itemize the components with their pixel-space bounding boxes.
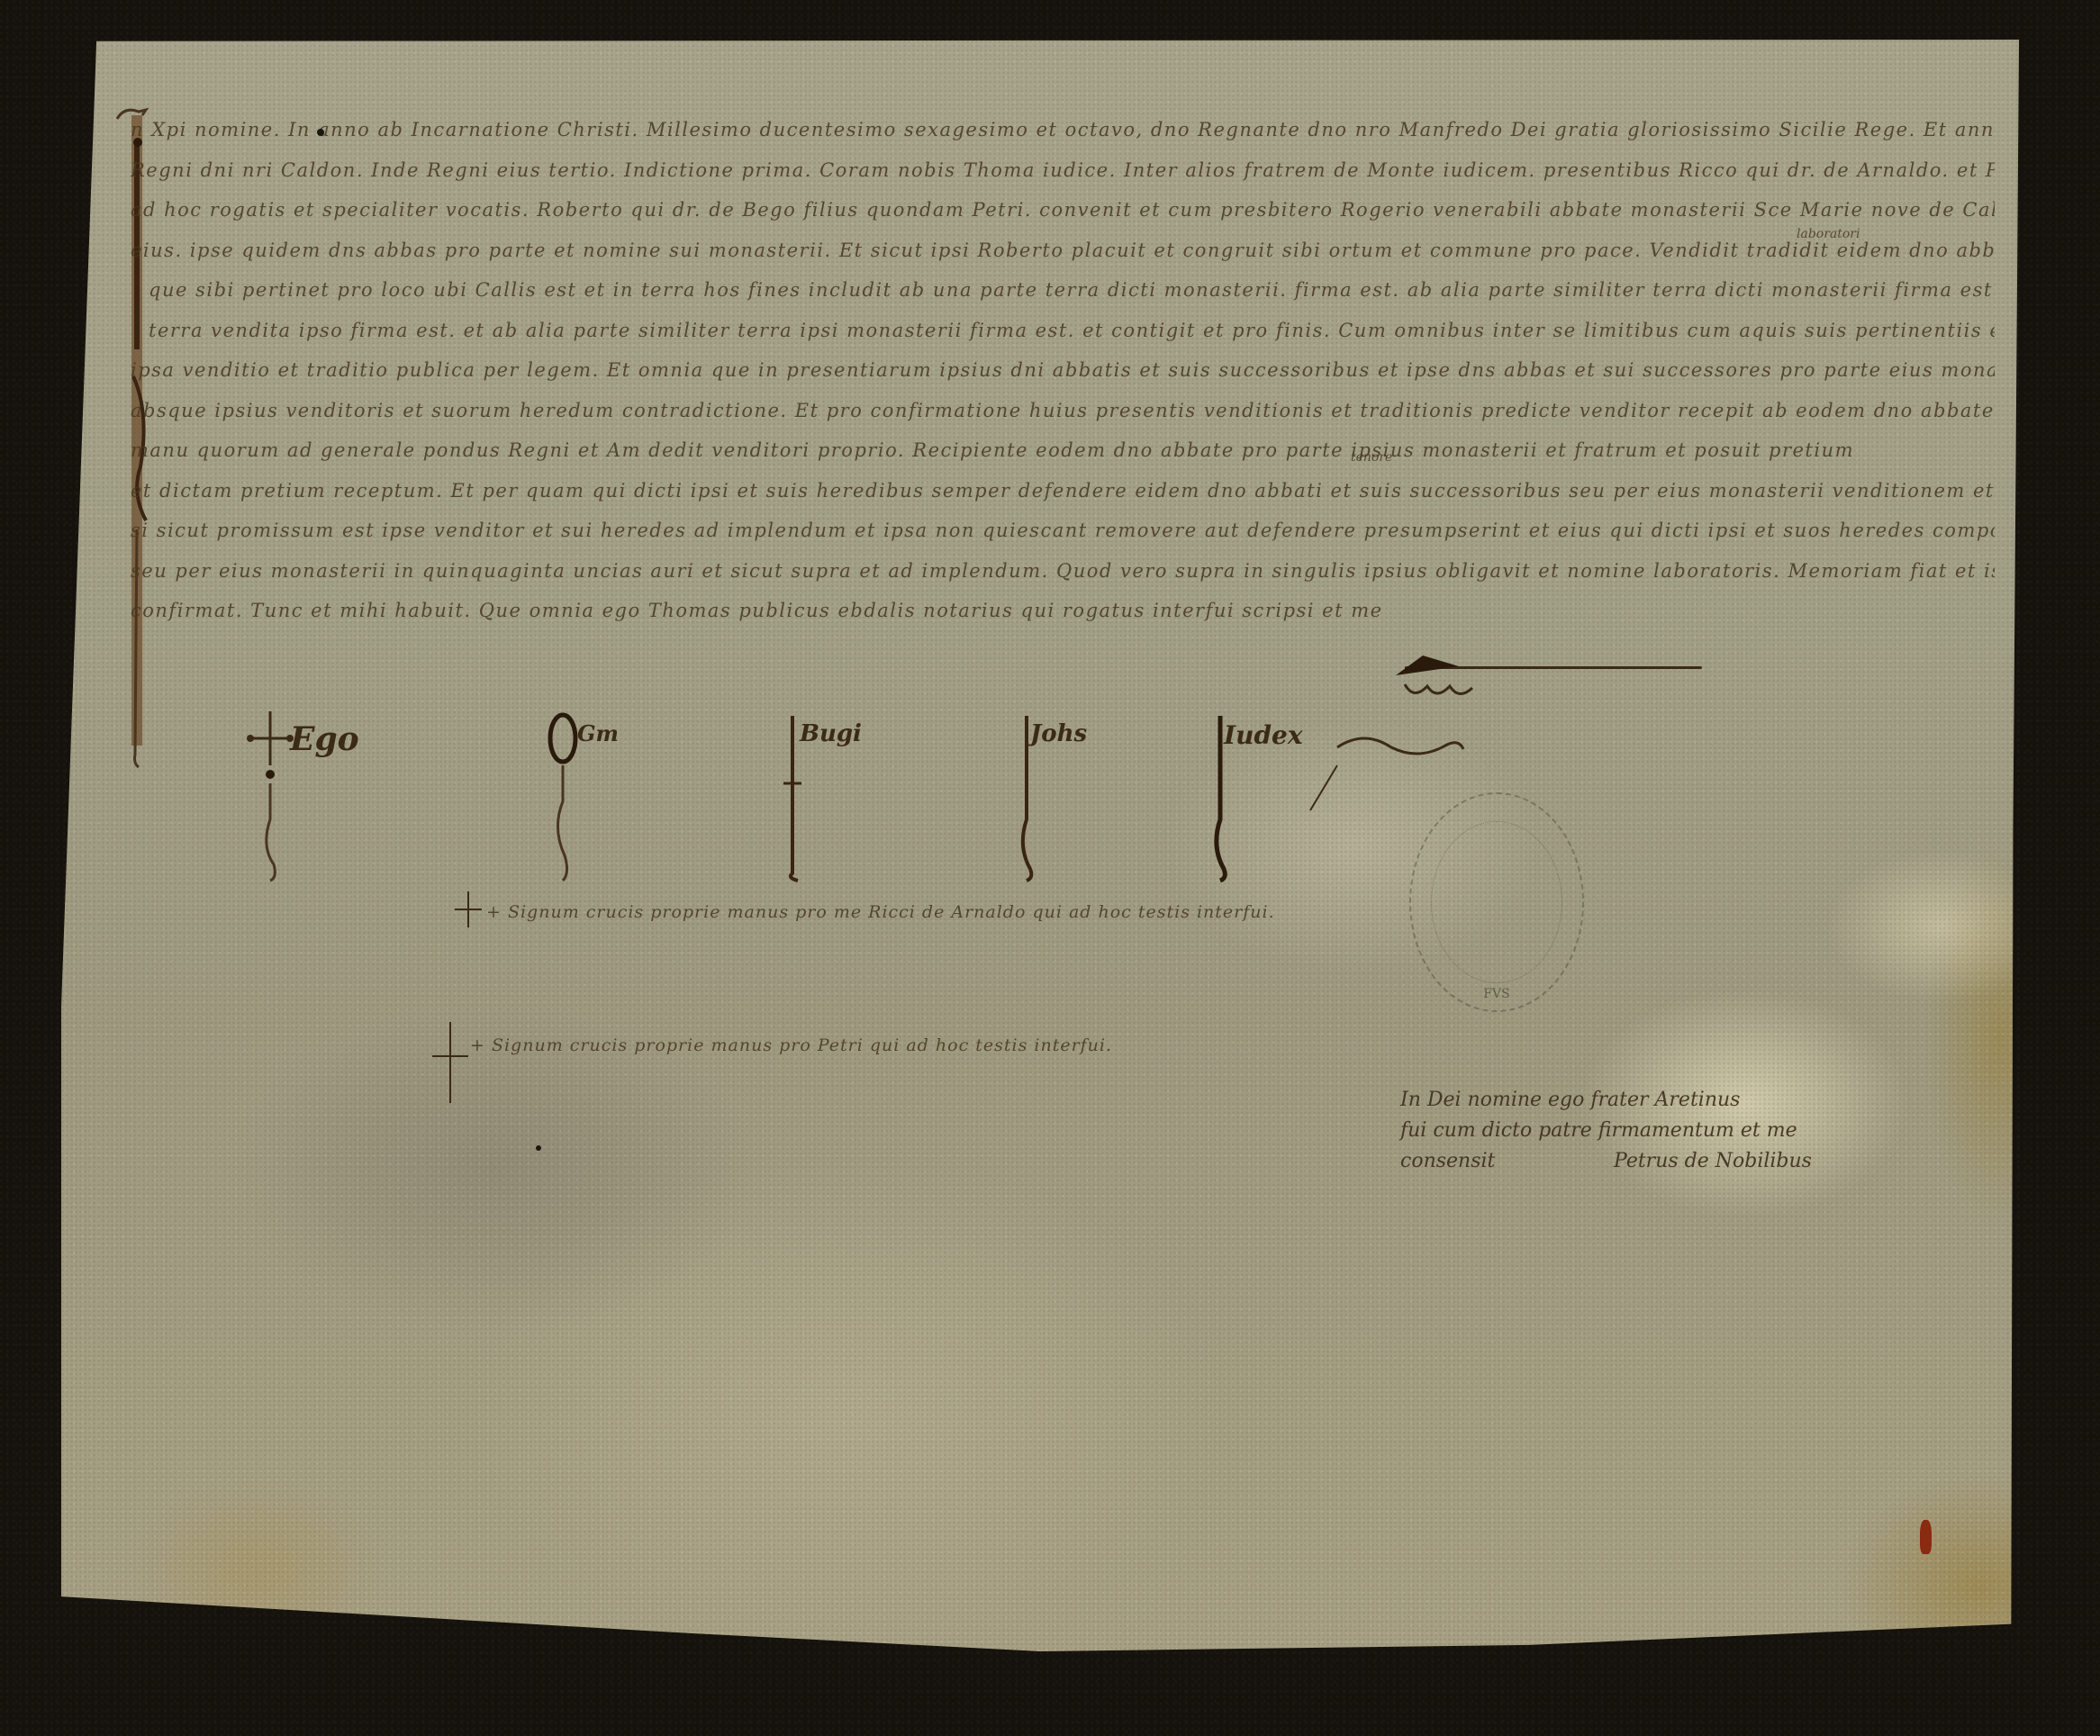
charter-body-text: n Xpi nomine. In anno ab Incarnatione Ch… xyxy=(131,110,1995,631)
notary-note: In Dei nomine ego frater Aretinus fui cu… xyxy=(1400,1085,1905,1177)
text-line: manu quorum ad generale pondus Regni et … xyxy=(131,430,1995,471)
text-line: que sibi pertinet pro loco ubi Callis es… xyxy=(149,270,1995,311)
notary-note-line: fui cum dicto patre firmamentum et me xyxy=(1400,1116,1905,1146)
signature-gm: Gm xyxy=(545,711,680,882)
seal-legend: FVS xyxy=(1411,987,1582,1001)
interlinear-note: laboratori xyxy=(1797,227,1860,241)
signature-label: Iudex xyxy=(1224,720,1303,750)
signature-bugi: Bugi xyxy=(774,711,910,882)
signature-label: Ego xyxy=(290,720,359,758)
parchment-hole xyxy=(317,129,324,136)
cross-icon xyxy=(432,1022,468,1103)
text-line: Regni dni nri Caldon. Inde Regni eius te… xyxy=(131,150,1995,191)
witness-subscription: + Signum crucis proprie manus pro Petri … xyxy=(470,1035,1112,1055)
text-line: et dictam pretium receptum. Et per quam … xyxy=(131,471,1995,511)
notary-signature: Petrus de Nobilibus xyxy=(1614,1150,1812,1172)
text-line: ad hoc rogatis et specialiter vocatis. R… xyxy=(131,190,1995,231)
witness-subscription: + Signum crucis proprie manus pro me Ric… xyxy=(486,902,1275,922)
text-line: terra vendita ipso firma est. et ab alia… xyxy=(149,311,1995,351)
parchment-hole xyxy=(536,1145,541,1151)
interlinear-note: tenore xyxy=(1351,450,1392,465)
notary-note-line: In Dei nomine ego frater Aretinus xyxy=(1400,1085,1905,1116)
text-line: n Xpi nomine. In anno ab Incarnatione Ch… xyxy=(131,110,1995,150)
signature-label: Bugi xyxy=(800,720,862,747)
text-line: ipsa venditio et traditio publica per le… xyxy=(131,350,1995,391)
red-mark xyxy=(1920,1520,1932,1554)
signature-label: Gm xyxy=(577,720,619,746)
monogram-stroke-icon xyxy=(545,711,581,882)
text-line: eius. ipse quidem dns abbas pro parte et… xyxy=(131,231,1995,271)
cross-signum-icon xyxy=(243,711,297,882)
signature-row: Ego Gm Bugi Johs Iudex xyxy=(243,711,1504,891)
text-line: absque ipsius venditoris et suorum hered… xyxy=(131,391,1995,431)
notary-note-line: consensit xyxy=(1400,1146,1580,1177)
text-line: seu per eius monasterii in quinquaginta … xyxy=(131,551,1995,592)
text-line: confirmat. Tunc et mihi habuit. Que omni… xyxy=(131,591,1382,631)
notary-flourish-icon xyxy=(1387,648,1486,702)
cross-icon xyxy=(455,891,482,927)
signature-johs: Johs xyxy=(1009,711,1144,882)
signature-ego: Ego xyxy=(243,711,378,882)
seal-impression: FVS xyxy=(1409,792,1584,1012)
text-line: si sicut promissum est ipse venditor et … xyxy=(131,511,1995,551)
signature-label: Johs xyxy=(1030,720,1087,747)
